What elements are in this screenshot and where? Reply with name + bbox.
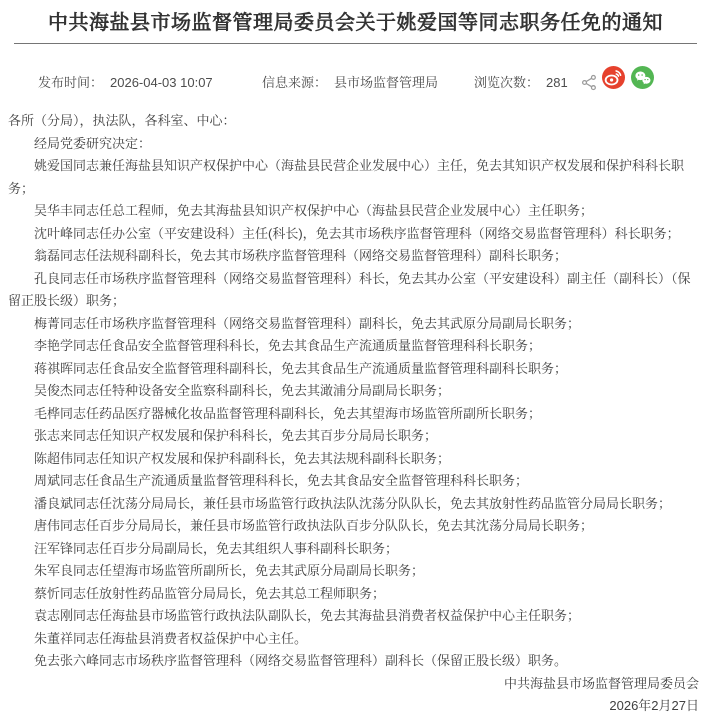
body-paragraph: 吴华丰同志任总工程师，免去其海盐县知识产权保护中心（海盐县民营企业发展中心）主任… — [8, 200, 703, 223]
body-paragraph: 蒋祺晖同志任食品安全监督管理科副科长，免去其食品生产流通质量监督管理科副科长职务… — [8, 358, 703, 381]
signature-date: 2026年2月27日 — [8, 695, 703, 718]
publish-time-value: 2026-04-03 10:07 — [110, 75, 213, 90]
body-paragraph: 朱董祥同志任海盐县消费者权益保护中心主任。 — [8, 628, 703, 651]
body-paragraph: 朱军良同志任望海市场监管所副所长，免去其武原分局副局长职务； — [8, 560, 703, 583]
body-paragraph: 陈超伟同志任知识产权发展和保护科副科长，免去其法规科副科长职务； — [8, 448, 703, 471]
body-paragraph: 孔良同志任市场秩序监督管理科（网络交易监督管理科）科长，免去其办公室（平安建设科… — [8, 268, 703, 313]
salutation: 各所（分局），执法队，各科室、中心： — [8, 110, 703, 133]
info-source-value: 县市场监督管理局 — [334, 75, 438, 90]
publish-time-label: 发布时间： — [38, 75, 103, 90]
view-count-label: 浏览次数： — [474, 75, 539, 90]
view-count-value: 281 — [546, 75, 568, 90]
paragraph-list: 经局党委研究决定：姚爱国同志兼任海盐县知识产权保护中心（海盐县民营企业发展中心）… — [8, 133, 703, 673]
signature: 中共海盐县市场监督管理局委员会 — [8, 673, 703, 696]
body-paragraph: 姚爱国同志兼任海盐县知识产权保护中心（海盐县民营企业发展中心）主任，免去其知识产… — [8, 155, 703, 200]
body-paragraph: 翁磊同志任法规科副科长，免去其市场秩序监督管理科（网络交易监督管理科）副科长职务… — [8, 245, 703, 268]
publish-time: 发布时间：2026-04-03 10:07 — [38, 72, 213, 91]
body-paragraph: 蔡忻同志任放射性药品监管分局局长，免去其总工程师职务； — [8, 583, 703, 606]
page-title: 中共海盐县市场监督管理局委员会关于姚爱国等同志职务任免的通知 — [0, 0, 711, 37]
document-body: 各所（分局），执法队，各科室、中心： 经局党委研究决定：姚爱国同志兼任海盐县知识… — [0, 104, 711, 718]
wechat-share-icon[interactable] — [631, 66, 654, 89]
body-paragraph: 吴俊杰同志任特种设备安全监察科副科长，免去其澉浦分局副局长职务； — [8, 380, 703, 403]
body-paragraph: 汪军锋同志任百步分局副局长，免去其组织人事科副科长职务； — [8, 538, 703, 561]
weibo-share-icon[interactable] — [602, 66, 625, 89]
info-source-label: 信息来源： — [262, 75, 327, 90]
notice-page: 中共海盐县市场监督管理局委员会关于姚爱国等同志职务任免的通知 发布时间：2026… — [0, 0, 711, 721]
body-paragraph: 潘良斌同志任沈荡分局局长，兼任县市场监管行政执法队沈荡分队队长，免去其放射性药品… — [8, 493, 703, 516]
body-paragraph: 周斌同志任食品生产流通质量监督管理科科长，免去其食品安全监督管理科科长职务； — [8, 470, 703, 493]
view-count: 浏览次数：281 — [474, 72, 568, 91]
body-paragraph: 张志来同志任知识产权发展和保护科科长，免去其百步分局局长职务； — [8, 425, 703, 448]
body-paragraph: 李艳学同志任食品安全监督管理科科长，免去其食品生产流通质量监督管理科科长职务； — [8, 335, 703, 358]
info-source: 信息来源：县市场监督管理局 — [262, 72, 438, 91]
share-icon[interactable] — [581, 74, 598, 91]
body-paragraph: 毛桦同志任药品医疗器械化妆品监督管理科副科长，免去其望海市场监管所副所长职务； — [8, 403, 703, 426]
body-paragraph: 经局党委研究决定： — [8, 133, 703, 156]
meta-bar: 发布时间：2026-04-03 10:07 信息来源：县市场监督管理局 浏览次数… — [0, 44, 711, 104]
body-paragraph: 免去张六峰同志市场秩序监督管理科（网络交易监督管理科）副科长（保留正股长级）职务… — [8, 650, 703, 673]
body-paragraph: 唐伟同志任百步分局局长，兼任县市场监管行政执法队百步分队队长，免去其沈荡分局局长… — [8, 515, 703, 538]
body-paragraph: 沈叶峰同志任办公室（平安建设科）主任(科长)，免去其市场秩序监督管理科（网络交易… — [8, 223, 703, 246]
body-paragraph: 梅菁同志任市场秩序监督管理科（网络交易监督管理科）副科长，免去其武原分局副局长职… — [8, 313, 703, 336]
body-paragraph: 袁志刚同志任海盐县市场监管行政执法队副队长，免去其海盐县消费者权益保护中心主任职… — [8, 605, 703, 628]
